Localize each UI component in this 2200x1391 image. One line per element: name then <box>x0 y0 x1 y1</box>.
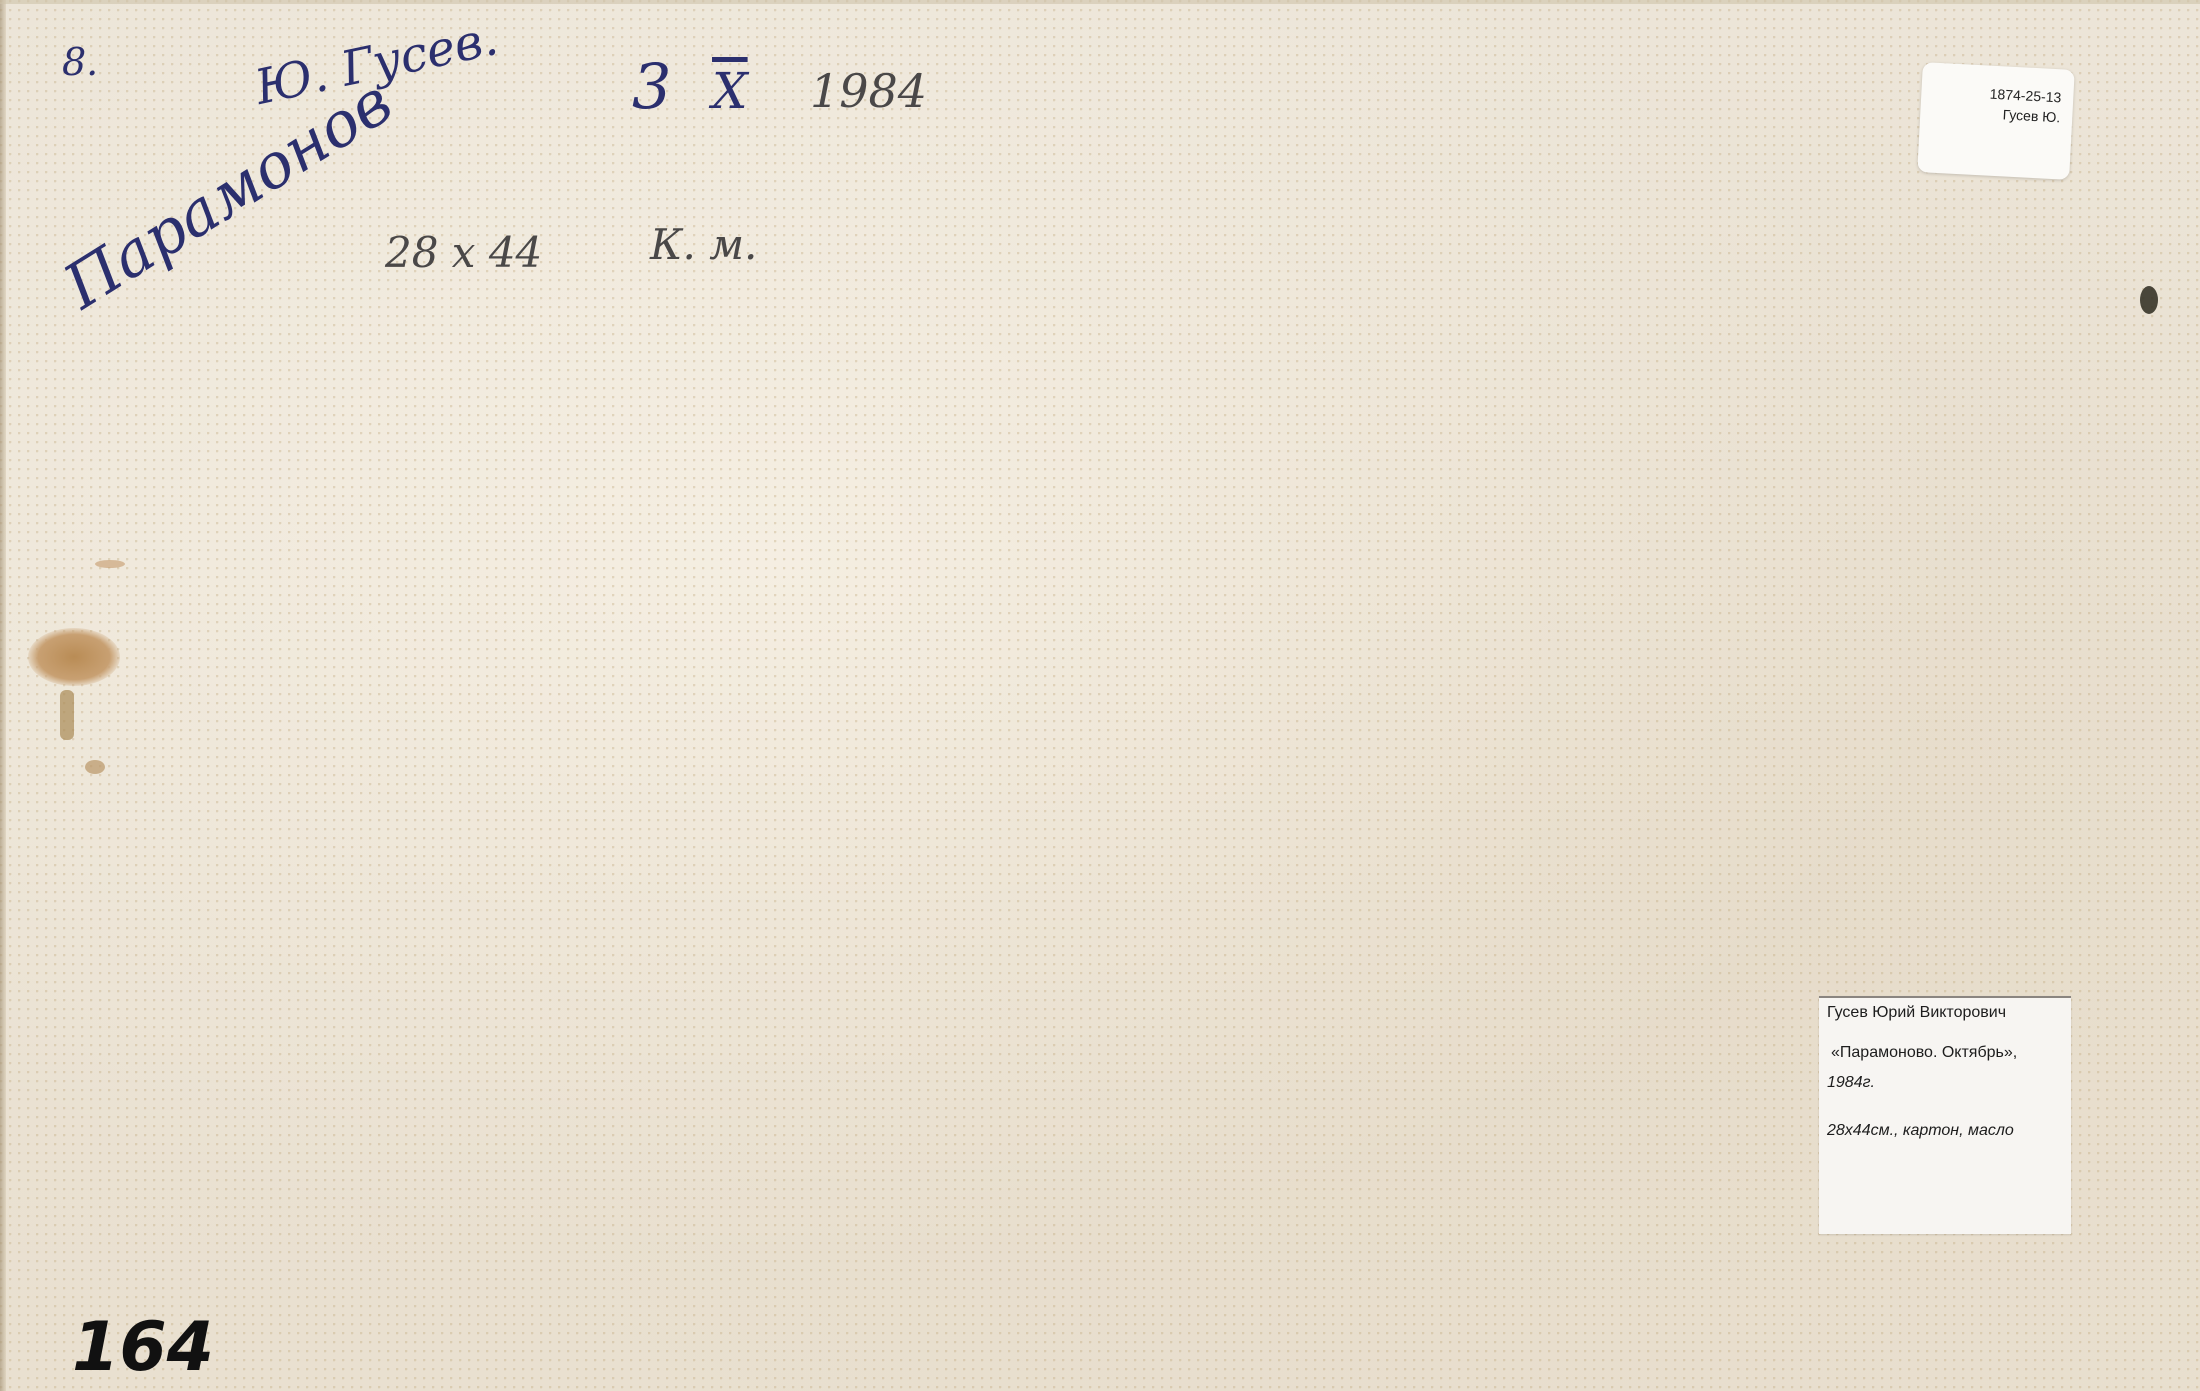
label-details: 28х44см., картон, масло <box>1827 1122 2014 1140</box>
sticker-name: Гусев Ю. <box>2002 106 2060 125</box>
handwritten-number: 8. <box>62 40 98 84</box>
label-title: «Парамоново. Октябрь», <box>1831 1044 2017 1062</box>
handwritten-date-day: 3 <box>632 50 671 123</box>
handwritten-date-month: X <box>712 62 748 120</box>
dark-spot <box>2140 286 2158 314</box>
label-year: 1984г. <box>1827 1074 1875 1092</box>
board-left-edge <box>0 0 6 1391</box>
label-artist: Гусев Юрий Викторович <box>1827 1004 2006 1022</box>
sticker-code: 1874-25-13 <box>1989 86 2061 106</box>
paint-stain-small <box>85 760 105 774</box>
inventory-number-marker: 164 <box>72 1308 214 1387</box>
paint-fleck <box>95 560 125 568</box>
handwritten-size: 28 х 44 <box>385 228 542 277</box>
handwritten-date-year: 1984 <box>810 64 927 118</box>
handwritten-medium: К. м. <box>650 220 757 269</box>
paint-stain-large <box>28 628 120 686</box>
board-top-edge <box>0 0 2200 4</box>
inventory-sticker: 1874-25-13 Гусев Ю. <box>1917 62 2075 180</box>
paint-stain-drip <box>60 690 74 740</box>
artwork-label: Гусев Юрий Викторович «Парамоново. Октяб… <box>1819 996 2071 1234</box>
